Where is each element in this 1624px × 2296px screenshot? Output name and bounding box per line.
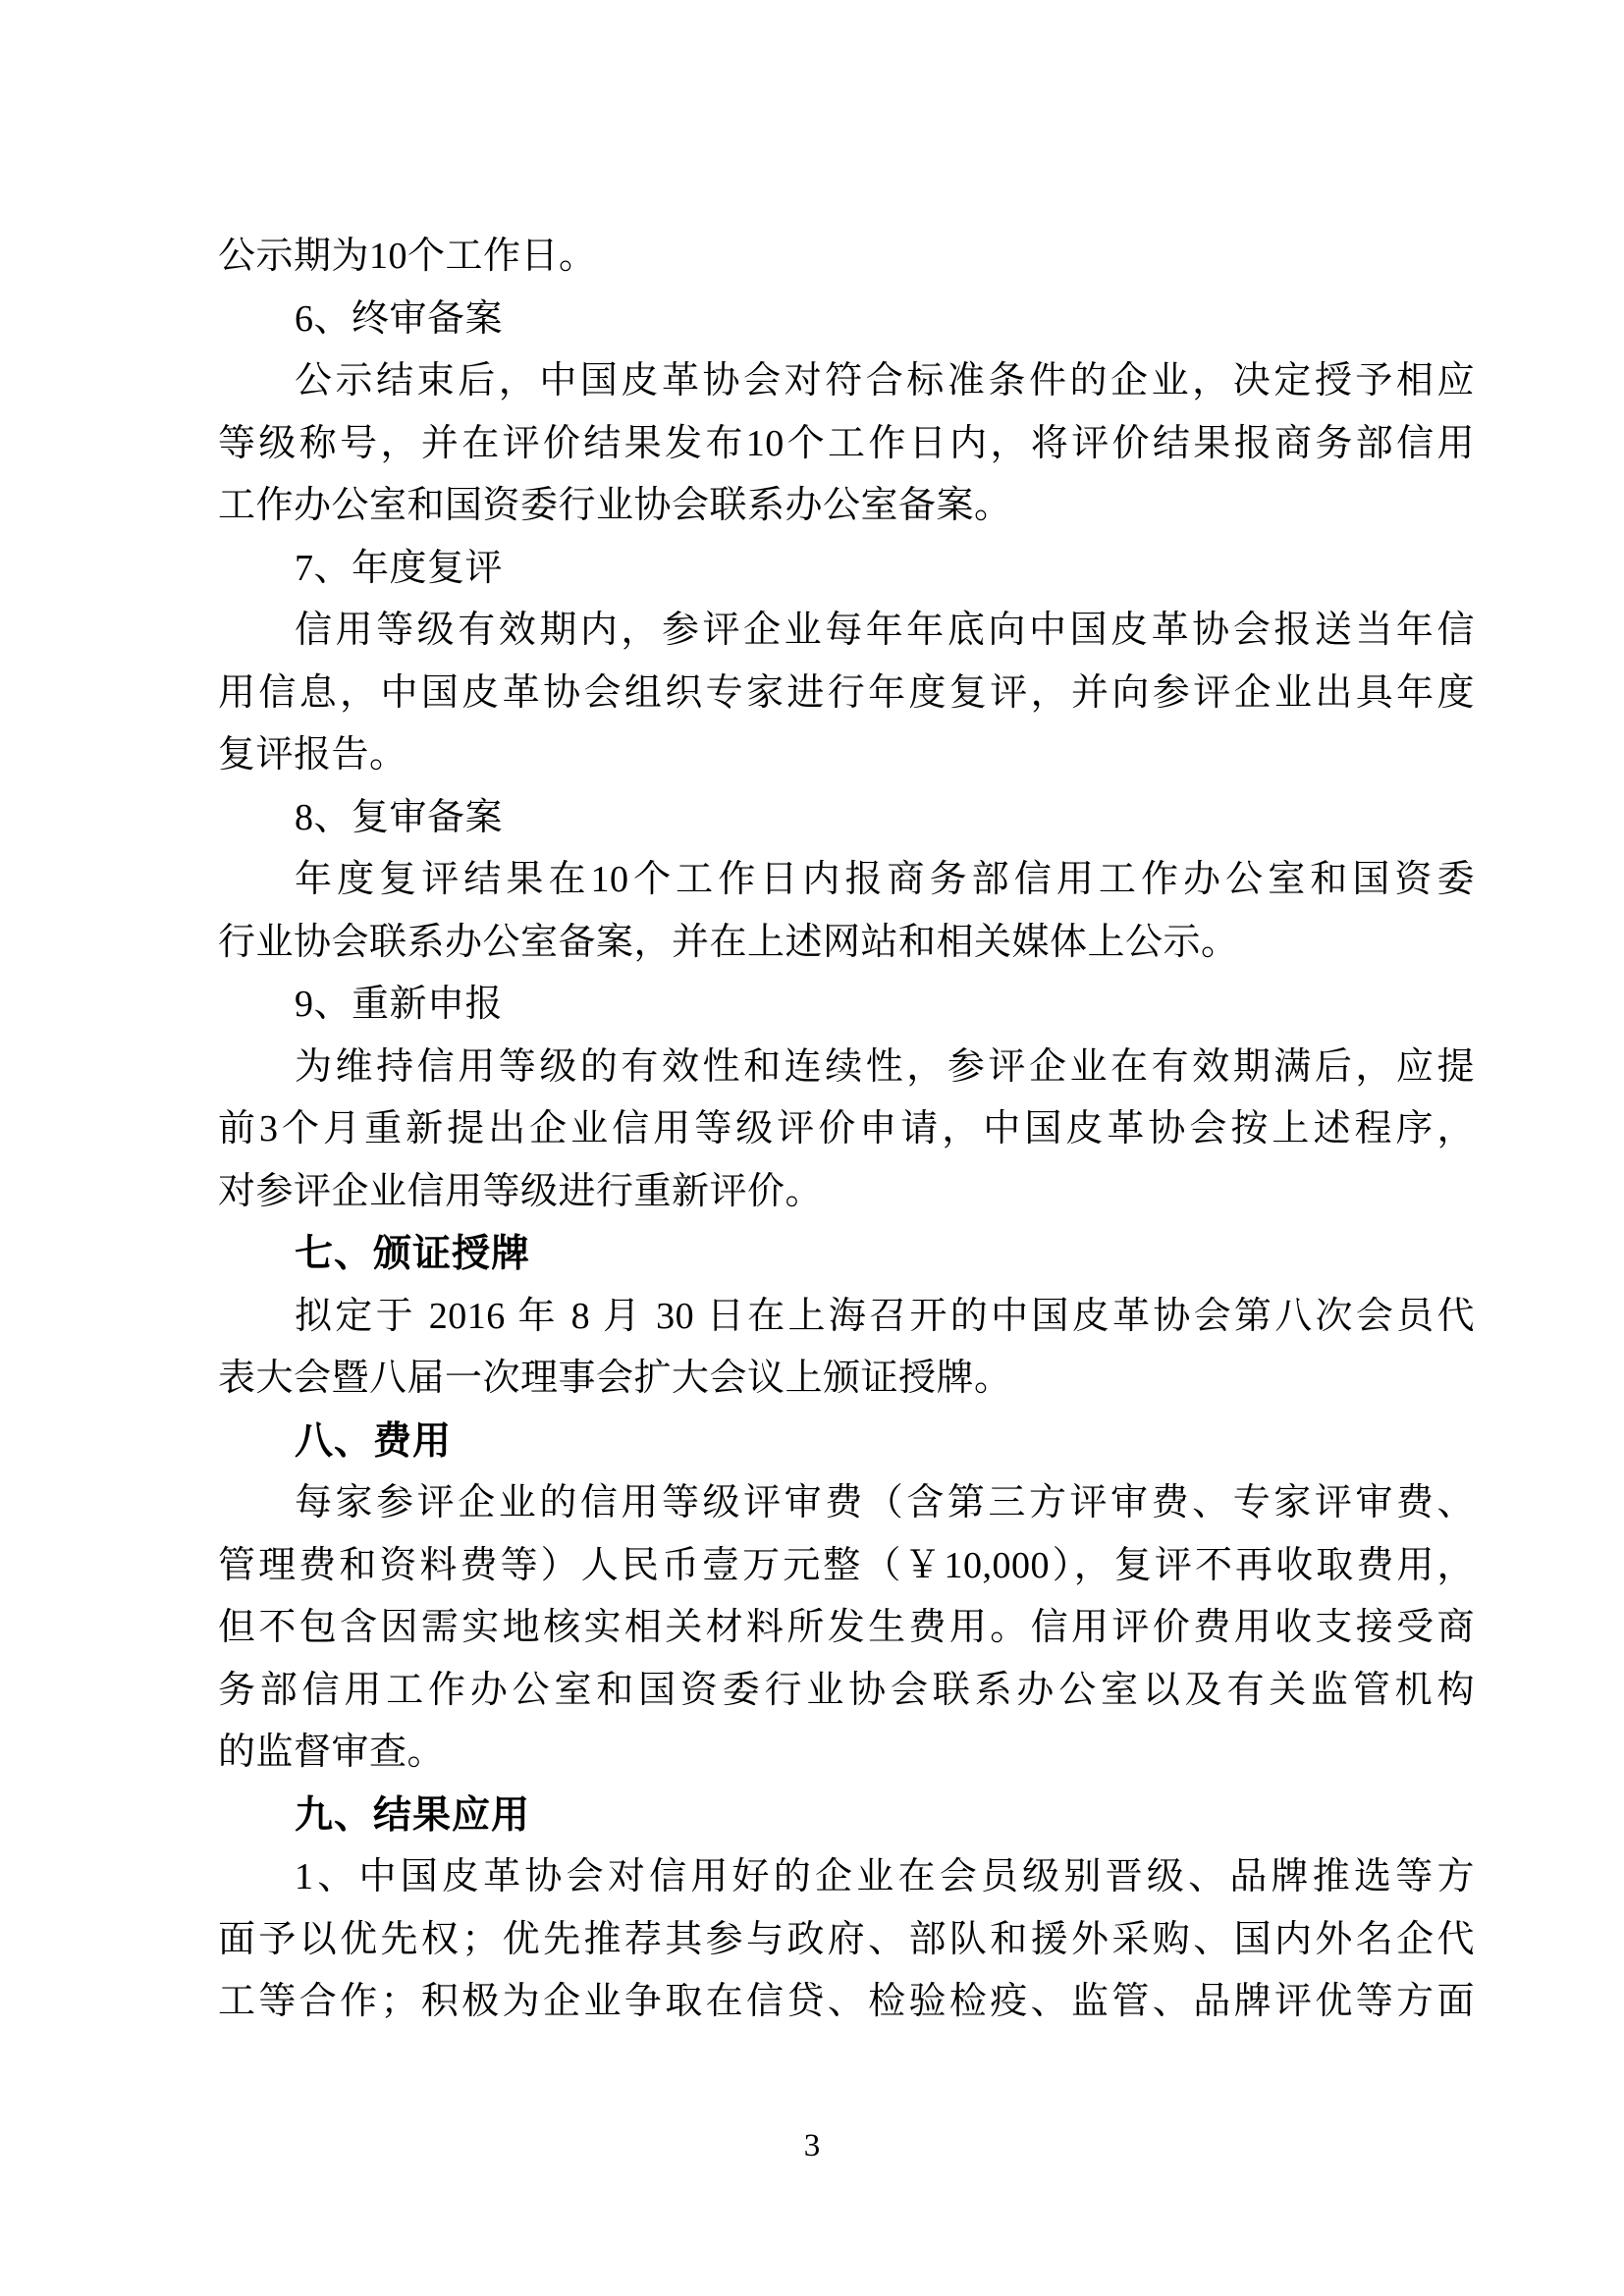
body-line: 拟定于 2016 年 8 月 30 日在上海召开的中国皮革协会第八次会员代 — [218, 1286, 1475, 1349]
section-heading: 九、结果应用 — [218, 1785, 1475, 1847]
body-line: 每家参评企业的信用等级评审费（含第三方评审费、专家评审费、 — [218, 1472, 1475, 1535]
sub-heading: 8、复审备案 — [218, 787, 1475, 850]
document-page: 公示期为10个工作日。6、终审备案公示结束后，中国皮革协会对符合标准条件的企业，… — [0, 0, 1624, 2296]
body-line: 年度复评结果在10个工作日内报商务部信用工作办公室和国资委 — [218, 849, 1475, 912]
body-line: 工作办公室和国资委行业协会联系办公室备案。 — [218, 475, 1475, 538]
document-body: 公示期为10个工作日。6、终审备案公示结束后，中国皮革协会对符合标准条件的企业，… — [218, 226, 1475, 2034]
body-line: 行业协会联系办公室备案，并在上述网站和相关媒体上公示。 — [218, 912, 1475, 975]
body-line: 公示结束后，中国皮革协会对符合标准条件的企业，决定授予相应 — [218, 350, 1475, 413]
section-heading: 七、颁证授牌 — [218, 1223, 1475, 1286]
sub-heading: 6、终审备案 — [218, 289, 1475, 351]
sub-heading: 7、年度复评 — [218, 538, 1475, 601]
body-line: 但不包含因需实地核实相关材料所发生费用。信用评价费用收支接受商 — [218, 1597, 1475, 1660]
body-line: 表大会暨八届一次理事会扩大会议上颁证授牌。 — [218, 1348, 1475, 1411]
sub-heading: 9、重新申报 — [218, 974, 1475, 1037]
body-line: 面予以优先权；优先推荐其参与政府、部队和援外采购、国内外名企代 — [218, 1909, 1475, 1972]
page-number: 3 — [0, 2126, 1624, 2165]
body-line: 公示期为10个工作日。 — [218, 226, 1475, 289]
body-line: 对参评企业信用等级进行重新评价。 — [218, 1161, 1475, 1224]
body-line: 的监督审查。 — [218, 1722, 1475, 1785]
body-line: 复评报告。 — [218, 724, 1475, 787]
body-line: 1、中国皮革协会对信用好的企业在会员级别晋级、品牌推选等方 — [218, 1846, 1475, 1909]
body-line: 信用等级有效期内，参评企业每年年底向中国皮革协会报送当年信 — [218, 600, 1475, 663]
body-line: 务部信用工作办公室和国资委行业协会联系办公室以及有关监管机构 — [218, 1660, 1475, 1723]
body-line: 用信息，中国皮革协会组织专家进行年度复评，并向参评企业出具年度 — [218, 663, 1475, 725]
body-line: 前3个月重新提出企业信用等级评价申请，中国皮革协会按上述程序， — [218, 1098, 1475, 1161]
body-line: 工等合作；积极为企业争取在信贷、检验检疫、监管、品牌评优等方面 — [218, 1971, 1475, 2034]
section-heading: 八、费用 — [218, 1411, 1475, 1473]
body-line: 等级称号，并在评价结果发布10个工作日内，将评价结果报商务部信用 — [218, 413, 1475, 476]
body-line: 管理费和资料费等）人民币壹万元整（￥10,000），复评不再收取费用， — [218, 1535, 1475, 1598]
body-line: 为维持信用等级的有效性和连续性，参评企业在有效期满后，应提 — [218, 1037, 1475, 1099]
